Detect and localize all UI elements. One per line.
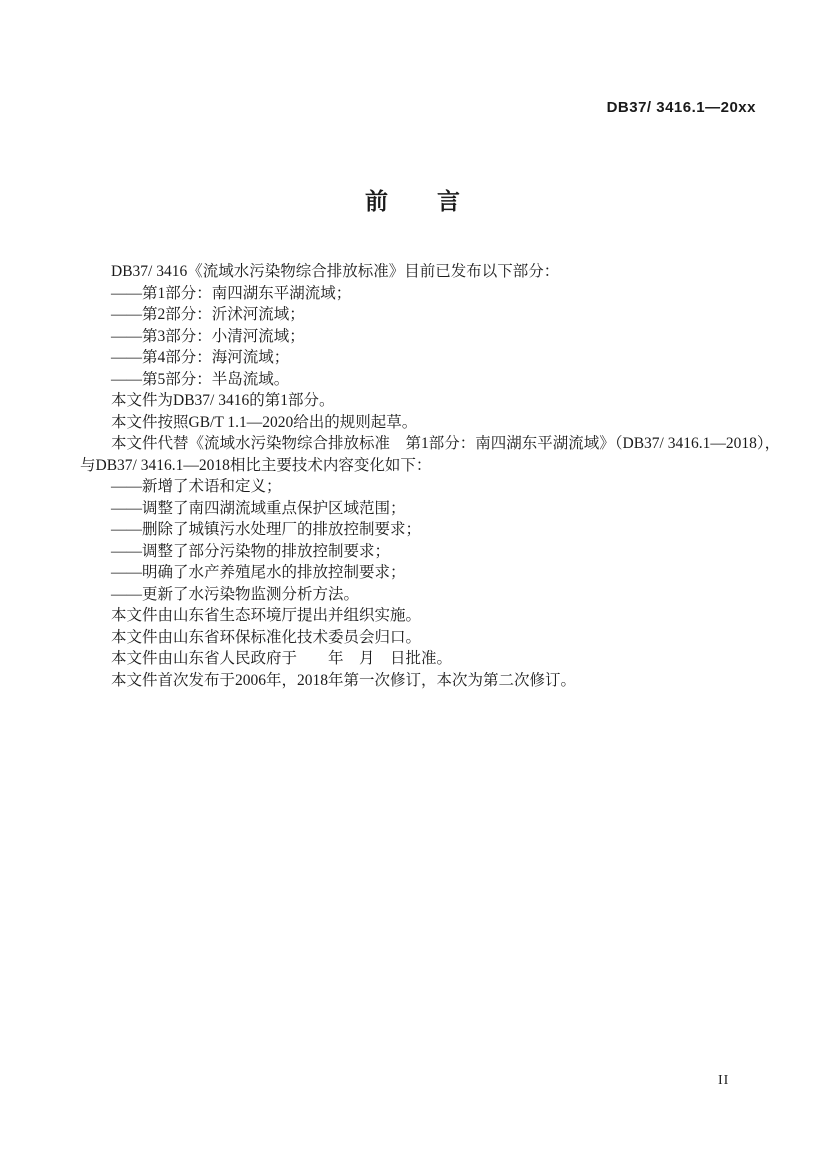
foreword-line: DB37/ 3416《流域水污染物综合排放标准》目前已发布以下部分：	[80, 261, 756, 283]
foreword-line: ——第4部分：海河流域；	[80, 347, 756, 369]
foreword-line: ——第1部分：南四湖东平湖流域；	[80, 283, 756, 305]
foreword-line: ——第3部分：小清河流域；	[80, 326, 756, 348]
foreword-line: 本文件由山东省人民政府于 年 月 日批准。	[80, 648, 756, 670]
foreword-body: DB37/ 3416《流域水污染物综合排放标准》目前已发布以下部分：——第1部分…	[80, 261, 756, 691]
foreword-line: ——新增了术语和定义；	[80, 476, 756, 498]
foreword-line: 本文件由山东省环保标准化技术委员会归口。	[80, 627, 756, 649]
foreword-line: ——调整了南四湖流域重点保护区域范围；	[80, 498, 756, 520]
page-number: II	[718, 1073, 729, 1089]
foreword-line: ——第5部分：半岛流域。	[80, 369, 756, 391]
foreword-line: 本文件按照GB/T 1.1—2020给出的规则起草。	[80, 412, 756, 434]
foreword-line: ——第2部分：沂沭河流域；	[80, 304, 756, 326]
foreword-line: ——删除了城镇污水处理厂的排放控制要求；	[80, 519, 756, 541]
foreword-line: 本文件由山东省生态环境厅提出并组织实施。	[80, 605, 756, 627]
foreword-line: 本文件首次发布于2006年，2018年第一次修订，本次为第二次修订。	[80, 670, 756, 692]
foreword-line: 本文件为DB37/ 3416的第1部分。	[80, 390, 756, 412]
foreword-line: 与DB37/ 3416.1—2018相比主要技术内容变化如下：	[80, 455, 756, 477]
foreword-line: ——明确了水产养殖尾水的排放控制要求；	[80, 562, 756, 584]
foreword-line: ——更新了水污染物监测分析方法。	[80, 584, 756, 606]
foreword-title: 前 言	[0, 183, 826, 216]
standard-code-header: DB37/ 3416.1—20xx	[607, 99, 756, 116]
document-page: DB37/ 3416.1—20xx 前 言 DB37/ 3416《流域水污染物综…	[0, 0, 826, 1169]
foreword-line: ——调整了部分污染物的排放控制要求；	[80, 541, 756, 563]
foreword-line: 本文件代替《流域水污染物综合排放标准 第1部分：南四湖东平湖流域》（DB37/ …	[80, 433, 756, 455]
